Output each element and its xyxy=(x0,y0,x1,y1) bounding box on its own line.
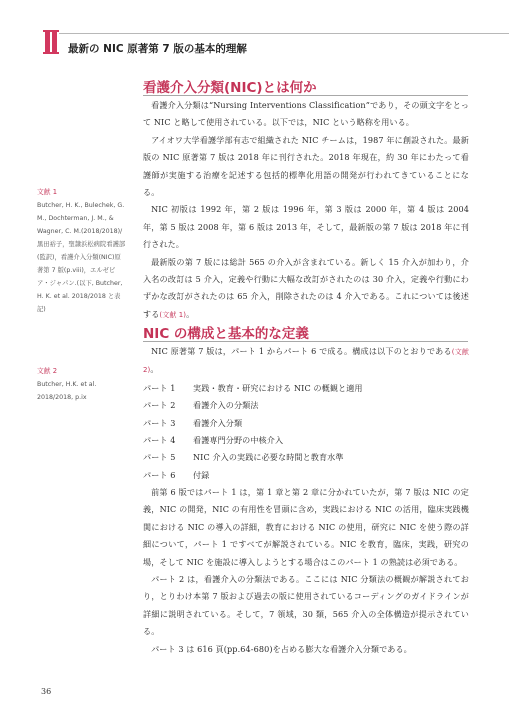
side-note-label: 文献 1 xyxy=(37,186,127,199)
side-note-text: Butcher, H. K., Bulechek, G. M., Dochter… xyxy=(37,199,127,316)
chapter-title: 最新の NIC 原著第 7 版の基本的理解 xyxy=(68,41,247,56)
paragraph: NIC 初版は 1992 年，第 2 版は 1996 年，第 3 版は 2000… xyxy=(143,201,469,253)
list-item: パート 1実践・教育・研究における NIC の概観と適用 xyxy=(143,380,469,397)
numeral-stroke-right xyxy=(52,30,57,54)
paragraph: パート 2 は，看護介入の分類法である。ここには NIC 分類法の概観が解説され… xyxy=(143,571,469,641)
section-divider xyxy=(143,341,468,342)
section-title-what-is-nic: 看護介入分類(NIC)とは何か xyxy=(143,76,317,96)
section-body-what-is-nic: 看護介入分類は“Nursing Interventions Classifica… xyxy=(143,97,469,324)
chapter-numeral-mark xyxy=(43,30,59,54)
paragraph-tail: 。 xyxy=(150,364,158,374)
section-body-nic-structure: NIC 原著第 7 版は，パート 1 からパート 6 で成る。構成は以下のとおり… xyxy=(143,343,469,484)
reference-link-1[interactable]: (文献 1) xyxy=(159,311,186,319)
chapter-divider xyxy=(59,33,509,34)
parts-list: パート 1実践・教育・研究における NIC の概観と適用 パート 2看護介入の分… xyxy=(143,380,469,484)
list-item: パート 2看護介入の分類法 xyxy=(143,397,469,414)
paragraph: 看護介入分類は“Nursing Interventions Classifica… xyxy=(143,97,469,132)
numeral-stroke-left xyxy=(45,30,50,54)
page-number: 36 xyxy=(41,687,51,696)
side-note-text: Butcher, H.K. et al. 2018/2018, p.ix xyxy=(37,378,127,404)
side-note-reference-1: 文献 1 Butcher, H. K., Bulechek, G. M., Do… xyxy=(37,186,127,316)
paragraph: アイオワ大学看護学部有志で組織された NIC チームは，1987 年に創設された… xyxy=(143,132,469,202)
list-item: パート 4看護専門分野の中核介入 xyxy=(143,432,469,449)
paragraph-text: NIC 原著第 7 版は，パート 1 からパート 6 で成る。構成は以下のとおり… xyxy=(151,346,452,356)
list-item: パート 3看護介入分類 xyxy=(143,415,469,432)
paragraph: パート 3 は 616 頁(pp.64-680)を占める膨大な看護介入分類である… xyxy=(143,641,469,658)
numeral-cap-bottom xyxy=(43,52,59,54)
side-note-reference-2: 文献 2 Butcher, H.K. et al. 2018/2018, p.i… xyxy=(37,365,127,404)
paragraph: 前第 6 版ではパート 1 は，第 1 章と第 2 章に分かれていたが，第 7 … xyxy=(143,484,469,571)
section-divider xyxy=(143,95,468,96)
side-note-label: 文献 2 xyxy=(37,365,127,378)
paragraph: NIC 原著第 7 版は，パート 1 からパート 6 で成る。構成は以下のとおり… xyxy=(143,343,469,380)
paragraph: 最新版の第 7 版には総計 565 の介入が含まれている。新しく 15 介入が加… xyxy=(143,254,469,325)
list-item: パート 6付録 xyxy=(143,467,469,484)
section-body-parts-detail: 前第 6 版ではパート 1 は，第 1 章と第 2 章に分かれていたが，第 7 … xyxy=(143,484,469,658)
paragraph-tail: 。 xyxy=(186,309,194,319)
list-item: パート 5NIC 介入の実践に必要な時間と教育水準 xyxy=(143,449,469,466)
section-title-nic-structure: NIC の構成と基本的な定義 xyxy=(143,322,309,342)
